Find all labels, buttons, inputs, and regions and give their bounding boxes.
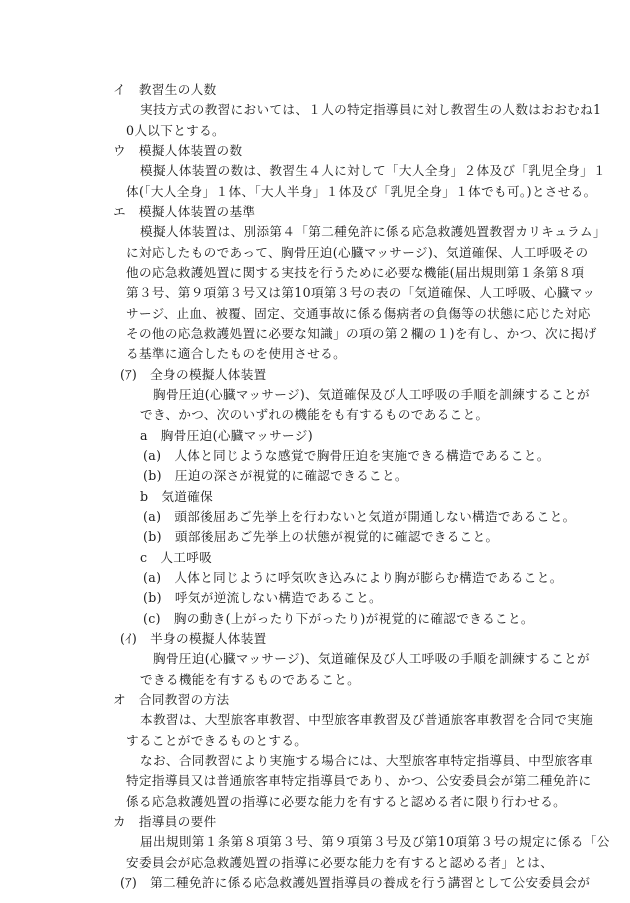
subsection-heading-full-body-manikin: (ｱ) 全身の模擬人体装置 xyxy=(120,365,267,385)
paragraph-line: る基準に適合したものを使用させる。 xyxy=(126,344,346,364)
list-item: (a) 人体と同じように呼気吹き込みにより胸が膨らむ構造であること。 xyxy=(143,568,563,588)
paragraph-line: 胸骨圧迫(心臓マッサージ)、気道確保及び人工呼吸の手順を訓練することが xyxy=(153,649,590,669)
paragraph-line: その他の応急救護処置に必要な知識」の項の第２欄の１)を有し、かつ、次に掲げ xyxy=(126,324,597,344)
paragraph-line: 届出規則第１条第８項第３号、第９項第３号及び第10項第３号の規定に係る「公 xyxy=(140,832,610,852)
paragraph-line: 体(「大人全身」１体、「大人半身」１体及び「乳児全身」１体でも可。)とさせる。 xyxy=(126,182,597,202)
section-heading-ka-instructor-requirements: カ 指導員の要件 xyxy=(113,812,217,832)
paragraph-line: 模擬人体装置の数は、教習生４人に対して「大人全身」２体及び「乳児全身」１ xyxy=(140,161,606,181)
section-heading-o-joint-training: オ 合同教習の方法 xyxy=(113,690,230,710)
list-item: (a) 人体と同じような感覚で胸骨圧迫を実施できる構造であること。 xyxy=(143,446,550,466)
subsection-heading-half-body-manikin: (ｲ) 半身の模擬人体装置 xyxy=(120,629,267,649)
paragraph-line: 他の応急救護処置に関する実技を行うために必要な機能(届出規則第１条第８項 xyxy=(126,263,584,283)
paragraph-line: に対応したものであって、胸骨圧迫(心臓マッサージ)、気道確保、人工呼吸その xyxy=(126,243,588,263)
paragraph-line: 実技方式の教習においては、１人の特定指導員に対し教習生の人数はおおむね1 xyxy=(140,100,601,120)
paragraph-line: 安委員会が応急救護処置の指導に必要な能力を有すると認める者」とは、 xyxy=(126,853,553,873)
paragraph-line: 本教習は、大型旅客車教習、中型旅客車教習及び普通旅客車教習を合同で実施 xyxy=(140,710,593,730)
paragraph-line: 模擬人体装置は、別添第４「第二種免許に係る応急救護処置教習カリキュラム」 xyxy=(140,222,606,242)
paragraph-line: 係る応急救護処置の指導に必要な能力を有すると認める者に限り行わせる。 xyxy=(126,792,566,812)
list-item: (a) 頭部後屈あご先挙上を行わないと気道が開通しない構造であること。 xyxy=(143,507,576,527)
paragraph-line: 第３号、第９項第３号又は第10項第３号の表の「気道確保、人工呼吸、心臓マッ xyxy=(126,283,595,303)
paragraph-line: なお、合同教習により実施する場合には、大型旅客車特定指導員、中型旅客車 xyxy=(140,751,593,771)
paragraph-line: 特定指導員又は普通旅客車特定指導員であり、かつ、公安委員会が第二種免許に xyxy=(126,771,591,791)
list-item: (ｱ) 第二種免許に係る応急救護処置指導員の養成を行う講習として公安委員会が xyxy=(120,873,590,893)
list-item: (b) 頭部後屈あご先挙上の状態が視覚的に確認できること。 xyxy=(143,527,498,547)
paragraph-line: でき、かつ、次のいずれの機能をも有するものであること。 xyxy=(140,405,488,425)
item-heading-c-artificial-respiration: c 人工呼吸 xyxy=(140,548,212,568)
list-item: (b) 圧迫の深さが視覚的に確認できること。 xyxy=(143,466,408,486)
list-item: (b) 呼気が逆流しない構造であること。 xyxy=(143,588,382,608)
item-heading-a-chest-compression: a 胸骨圧迫(心臓マッサージ) xyxy=(140,426,313,446)
list-item: (c) 胸の動き(上がったり下がったり)が視覚的に確認できること。 xyxy=(143,609,534,629)
paragraph-line: サージ、止血、被覆、固定、交通事故に係る傷病者の負傷等の状態に応じた対応 xyxy=(126,304,591,324)
section-heading-e-manikin-standards: エ 模擬人体装置の基準 xyxy=(113,202,255,222)
section-heading-i-trainee-count: イ 教習生の人数 xyxy=(113,80,217,100)
paragraph-line: できる機能を有するものであること。 xyxy=(140,670,360,690)
paragraph-line: 0人以下とする。 xyxy=(126,121,225,141)
paragraph-line: することができるものとする。 xyxy=(126,731,307,751)
item-heading-b-airway: b 気道確保 xyxy=(140,487,213,507)
document-page: イ 教習生の人数 実技方式の教習においては、１人の特定指導員に対し教習生の人数は… xyxy=(0,0,630,903)
section-heading-u-manikin-count: ウ 模擬人体装置の数 xyxy=(113,141,242,161)
paragraph-line: 胸骨圧迫(心臓マッサージ)、気道確保及び人工呼吸の手順を訓練することが xyxy=(153,385,590,405)
